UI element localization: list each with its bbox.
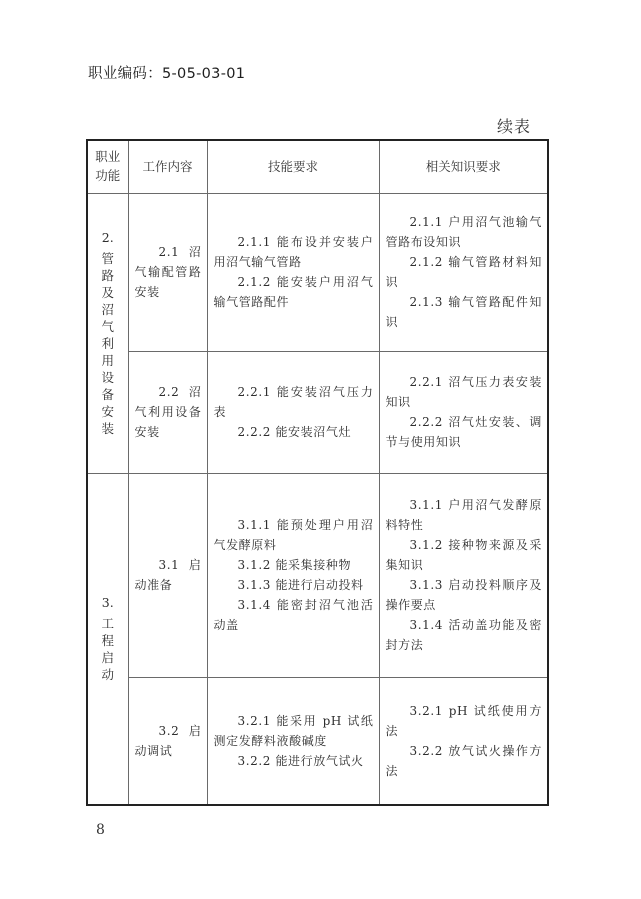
knowledge-item: 2.2.2 沼气灶安装、调节与使用知识 — [386, 412, 543, 452]
skill-item: 3.1.4 能密封沼气池活动盖 — [214, 595, 374, 635]
knowledge-cell: 2.2.1 沼气压力表安装知识 2.2.2 沼气灶安装、调节与使用知识 — [379, 351, 548, 473]
skill-item: 2.1.1 能布设并安装户用沼气输气管路 — [214, 232, 374, 272]
knowledge-item: 3.1.1 户用沼气发酵原料特性 — [386, 495, 543, 535]
column-header-function-line1: 职业 — [95, 149, 120, 164]
work-content-cell: 2.2 沼气利用设备安装 — [128, 351, 207, 473]
function-title-char: 动 — [88, 666, 128, 683]
function-title-char: 安 — [88, 403, 128, 420]
work-content-cell: 2.1 沼气输配管路安装 — [128, 193, 207, 351]
function-title-char: 利 — [88, 335, 128, 352]
function-number: 2. — [88, 229, 128, 246]
skill-item: 3.1.1 能预处理户用沼气发酵原料 — [214, 515, 374, 555]
function-title-char: 工 — [88, 615, 128, 632]
function-cell-3: 3. 工 程 启 动 — [87, 473, 128, 805]
table-header-row: 职业 功能 工作内容 技能要求 相关知识要求 — [87, 140, 548, 193]
knowledge-item: 3.1.4 活动盖功能及密封方法 — [386, 615, 543, 655]
function-title-char: 程 — [88, 632, 128, 649]
function-title-char: 路 — [88, 267, 128, 284]
column-header-function-line2: 功能 — [95, 168, 120, 183]
skill-item: 2.1.2 能安装户用沼气输气管路配件 — [214, 272, 374, 312]
table-row: 2. 管 路 及 沼 气 利 用 设 备 安 装 2.1 沼气输配管路安装 2.… — [87, 193, 548, 351]
occupation-code: 职业编码：5-05-03-01 — [88, 62, 245, 83]
function-title-char: 备 — [88, 386, 128, 403]
knowledge-cell: 3.1.1 户用沼气发酵原料特性 3.1.2 接种物来源及采集知识 3.1.3 … — [379, 473, 548, 677]
knowledge-item: 2.1.1 户用沼气池输气管路布设知识 — [386, 212, 543, 252]
function-title-char: 装 — [88, 420, 128, 437]
column-header-function: 职业 功能 — [87, 140, 128, 193]
skills-cell: 3.1.1 能预处理户用沼气发酵原料 3.1.2 能采集接种物 3.1.3 能进… — [207, 473, 379, 677]
skill-item: 3.1.2 能采集接种物 — [214, 555, 374, 575]
skills-cell: 3.2.1 能采用 pH 试纸测定发酵料液酸碱度 3.2.2 能进行放气试火 — [207, 677, 379, 805]
function-title-char: 设 — [88, 369, 128, 386]
column-header-work-content: 工作内容 — [128, 140, 207, 193]
skills-cell: 2.2.1 能安装沼气压力表 2.2.2 能安装沼气灶 — [207, 351, 379, 473]
skill-item: 3.2.1 能采用 pH 试纸测定发酵料液酸碱度 — [214, 711, 374, 751]
knowledge-item: 3.2.1 pH 试纸使用方法 — [386, 701, 543, 741]
table-row: 3. 工 程 启 动 3.1 启动准备 3.1.1 能预处理户用沼气发酵原料 3… — [87, 473, 548, 677]
work-content-text: 3.2 启动调试 — [135, 721, 202, 761]
work-content-text: 2.1 沼气输配管路安装 — [135, 242, 202, 302]
skill-item: 3.2.2 能进行放气试火 — [214, 751, 374, 771]
column-header-knowledge-requirements: 相关知识要求 — [379, 140, 548, 193]
knowledge-item: 3.2.2 放气试火操作方法 — [386, 741, 543, 781]
function-title-char: 沼 — [88, 301, 128, 318]
knowledge-item: 2.2.1 沼气压力表安装知识 — [386, 372, 543, 412]
occupational-skills-table: 职业 功能 工作内容 技能要求 相关知识要求 2. 管 路 及 沼 气 利 用 … — [86, 139, 549, 806]
knowledge-item: 3.1.3 启动投料顺序及操作要点 — [386, 575, 543, 615]
work-content-cell: 3.1 启动准备 — [128, 473, 207, 677]
function-cell-2: 2. 管 路 及 沼 气 利 用 设 备 安 装 — [87, 193, 128, 473]
knowledge-item: 2.1.3 输气管路配件知识 — [386, 292, 543, 332]
skill-item: 2.2.1 能安装沼气压力表 — [214, 382, 374, 422]
function-title-char: 及 — [88, 284, 128, 301]
function-title-char: 用 — [88, 352, 128, 369]
knowledge-item: 2.1.2 输气管路材料知识 — [386, 252, 543, 292]
column-header-skill-requirements: 技能要求 — [207, 140, 379, 193]
skills-cell: 2.1.1 能布设并安装户用沼气输气管路 2.1.2 能安装户用沼气输气管路配件 — [207, 193, 379, 351]
continued-table-label: 续表 — [497, 114, 531, 137]
page-number: 8 — [96, 822, 105, 838]
function-title-char: 气 — [88, 318, 128, 335]
function-title-char: 管 — [88, 250, 128, 267]
knowledge-cell: 3.2.1 pH 试纸使用方法 3.2.2 放气试火操作方法 — [379, 677, 548, 805]
function-title-char: 启 — [88, 649, 128, 666]
work-content-text: 3.1 启动准备 — [135, 555, 202, 595]
work-content-cell: 3.2 启动调试 — [128, 677, 207, 805]
skill-item: 3.1.3 能进行启动投料 — [214, 575, 374, 595]
function-number: 3. — [88, 594, 128, 611]
table-row: 3.2 启动调试 3.2.1 能采用 pH 试纸测定发酵料液酸碱度 3.2.2 … — [87, 677, 548, 805]
work-content-text: 2.2 沼气利用设备安装 — [135, 382, 202, 442]
knowledge-item: 3.1.2 接种物来源及采集知识 — [386, 535, 543, 575]
skill-item: 2.2.2 能安装沼气灶 — [214, 422, 374, 442]
table-row: 2.2 沼气利用设备安装 2.2.1 能安装沼气压力表 2.2.2 能安装沼气灶… — [87, 351, 548, 473]
knowledge-cell: 2.1.1 户用沼气池输气管路布设知识 2.1.2 输气管路材料知识 2.1.3… — [379, 193, 548, 351]
